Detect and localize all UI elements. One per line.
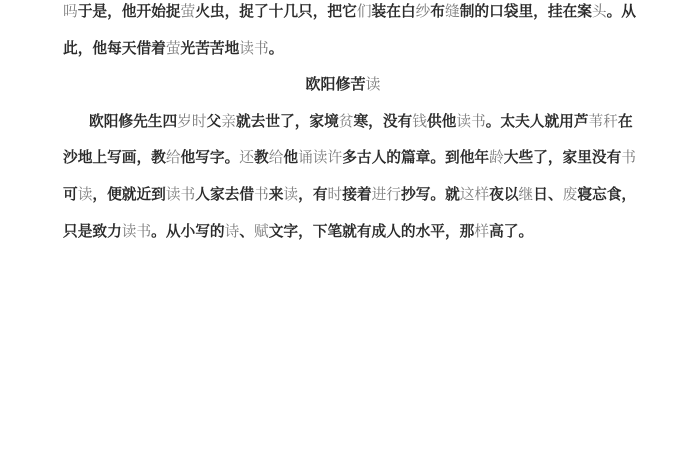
- text-segment: 文字，下笔就有成人的水平，那: [269, 224, 475, 240]
- text-segment: 萤: [166, 41, 181, 57]
- text-segment: 人家去借: [195, 187, 254, 203]
- text-segment: 纱: [416, 4, 431, 20]
- text-segment: 贫: [339, 114, 354, 130]
- text-block: 吗于是，他开始捉萤火虫，捉了十几只，把它们装在白纱布缝制的口袋里，挂在案头。从此…: [63, 0, 639, 250]
- text-segment: 沙地上写画，教: [63, 150, 166, 166]
- text-line: 欧阳修先生四岁时父亲就去世了，家境贫寒，没有钱供他读书。太夫人就用芦苇秆在: [63, 104, 639, 141]
- text-segment: 父: [207, 114, 222, 130]
- text-segment: 他: [283, 150, 298, 166]
- text-segment: 光苦苦地: [181, 41, 240, 57]
- text-segment: 书: [621, 150, 636, 166]
- text-segment: 寝忘食，: [577, 187, 636, 203]
- text-segment: 读书: [456, 114, 485, 130]
- text-segment: 制的口袋里，挂在案: [460, 4, 592, 20]
- text-segment: 。从小写的: [151, 224, 224, 240]
- text-segment: 寒，没有: [353, 114, 412, 130]
- text-segment: 继: [519, 187, 534, 203]
- text-segment: 抄写。就: [401, 187, 460, 203]
- section-title: 欧阳修苦读: [63, 67, 639, 104]
- text-segment: 萤: [181, 4, 196, 20]
- text-line: 只是致力读书。从小写的诗、赋文字，下笔就有成人的水平，那样高了。: [63, 214, 639, 251]
- text-segment: 时: [328, 187, 343, 203]
- text-segment: 诵读许: [298, 150, 342, 166]
- text-segment: 。太夫人就用芦: [486, 114, 589, 130]
- text-segment: 于是，他开始捉: [78, 4, 181, 20]
- text-segment: 亲: [221, 114, 236, 130]
- text-segment: 给: [269, 150, 284, 166]
- text-line: 沙地上写画，教给他写字。还教给他诵读许多古人的篇章。到他年龄大些了，家里没有书: [63, 140, 639, 177]
- text-segment: 吗: [63, 4, 78, 20]
- text-segment: 。从: [607, 4, 636, 20]
- text-segment: 他写字。: [181, 150, 240, 166]
- text-segment: 苇秆: [589, 114, 618, 130]
- text-segment: 供他: [427, 114, 456, 130]
- text-segment: 废: [563, 187, 578, 203]
- text-segment: 高了。: [489, 224, 533, 240]
- text-segment: 欧阳修先生四: [89, 114, 177, 130]
- text-segment: 此，他每天借着: [63, 41, 166, 57]
- text-segment: 头: [592, 4, 607, 20]
- text-segment: 龄: [489, 150, 504, 166]
- text-line: 可读，便就近到读书人家去借书来读，有时接着进行抄写。就这样夜以继日、废寝忘食，: [63, 177, 639, 214]
- document-page: 吗于是，他开始捉萤火虫，捉了十几只，把它们装在白纱布缝制的口袋里，挂在案头。从此…: [0, 0, 700, 470]
- text-segment: 。: [269, 41, 284, 57]
- text-segment: 书: [254, 187, 269, 203]
- text-segment: 钱: [412, 114, 427, 130]
- text-segment: 来: [269, 187, 284, 203]
- text-line: 吗于是，他开始捉萤火虫，捉了十几只，把它们装在白纱布缝制的口袋里，挂在案头。从: [63, 0, 639, 31]
- text-segment: 读书: [166, 187, 195, 203]
- text-segment: 岁时: [177, 114, 206, 130]
- text-segment: 们: [357, 4, 372, 20]
- text-segment: 读书: [122, 224, 151, 240]
- text-segment: 还: [239, 150, 254, 166]
- text-segment: 夜以: [489, 187, 518, 203]
- text-segment: 装在白: [372, 4, 416, 20]
- text-segment: 这样: [460, 187, 489, 203]
- text-segment: 可: [63, 187, 78, 203]
- text-segment: 就去世了，家境: [236, 114, 339, 130]
- text-segment: 只是致力: [63, 224, 122, 240]
- text-segment: 接着: [342, 187, 371, 203]
- text-segment: 大些了，家里没有: [504, 150, 622, 166]
- text-segment: ，便就近到: [92, 187, 165, 203]
- text-segment: 诗: [225, 224, 240, 240]
- text-segment: 多古人的篇章。到他年: [342, 150, 489, 166]
- text-segment: 给: [166, 150, 181, 166]
- text-segment: 欧阳修苦: [305, 76, 365, 93]
- text-segment: 读: [78, 187, 93, 203]
- text-segment: 缝: [445, 4, 460, 20]
- text-segment: 读: [366, 76, 381, 93]
- text-segment: 、: [239, 224, 254, 240]
- text-line: 此，他每天借着萤光苦苦地读书。: [63, 31, 639, 68]
- text-segment: 在: [618, 114, 633, 130]
- text-segment: 进行: [372, 187, 401, 203]
- text-segment: 火虫，捉了十几只，把它: [195, 4, 357, 20]
- text-segment: 布: [430, 4, 445, 20]
- text-segment: 样: [474, 224, 489, 240]
- text-segment: 赋: [254, 224, 269, 240]
- text-segment: 读书: [239, 41, 268, 57]
- text-segment: 日、: [533, 187, 562, 203]
- text-segment: 读: [283, 187, 298, 203]
- text-segment: 教: [254, 150, 269, 166]
- text-segment: ，有: [298, 187, 327, 203]
